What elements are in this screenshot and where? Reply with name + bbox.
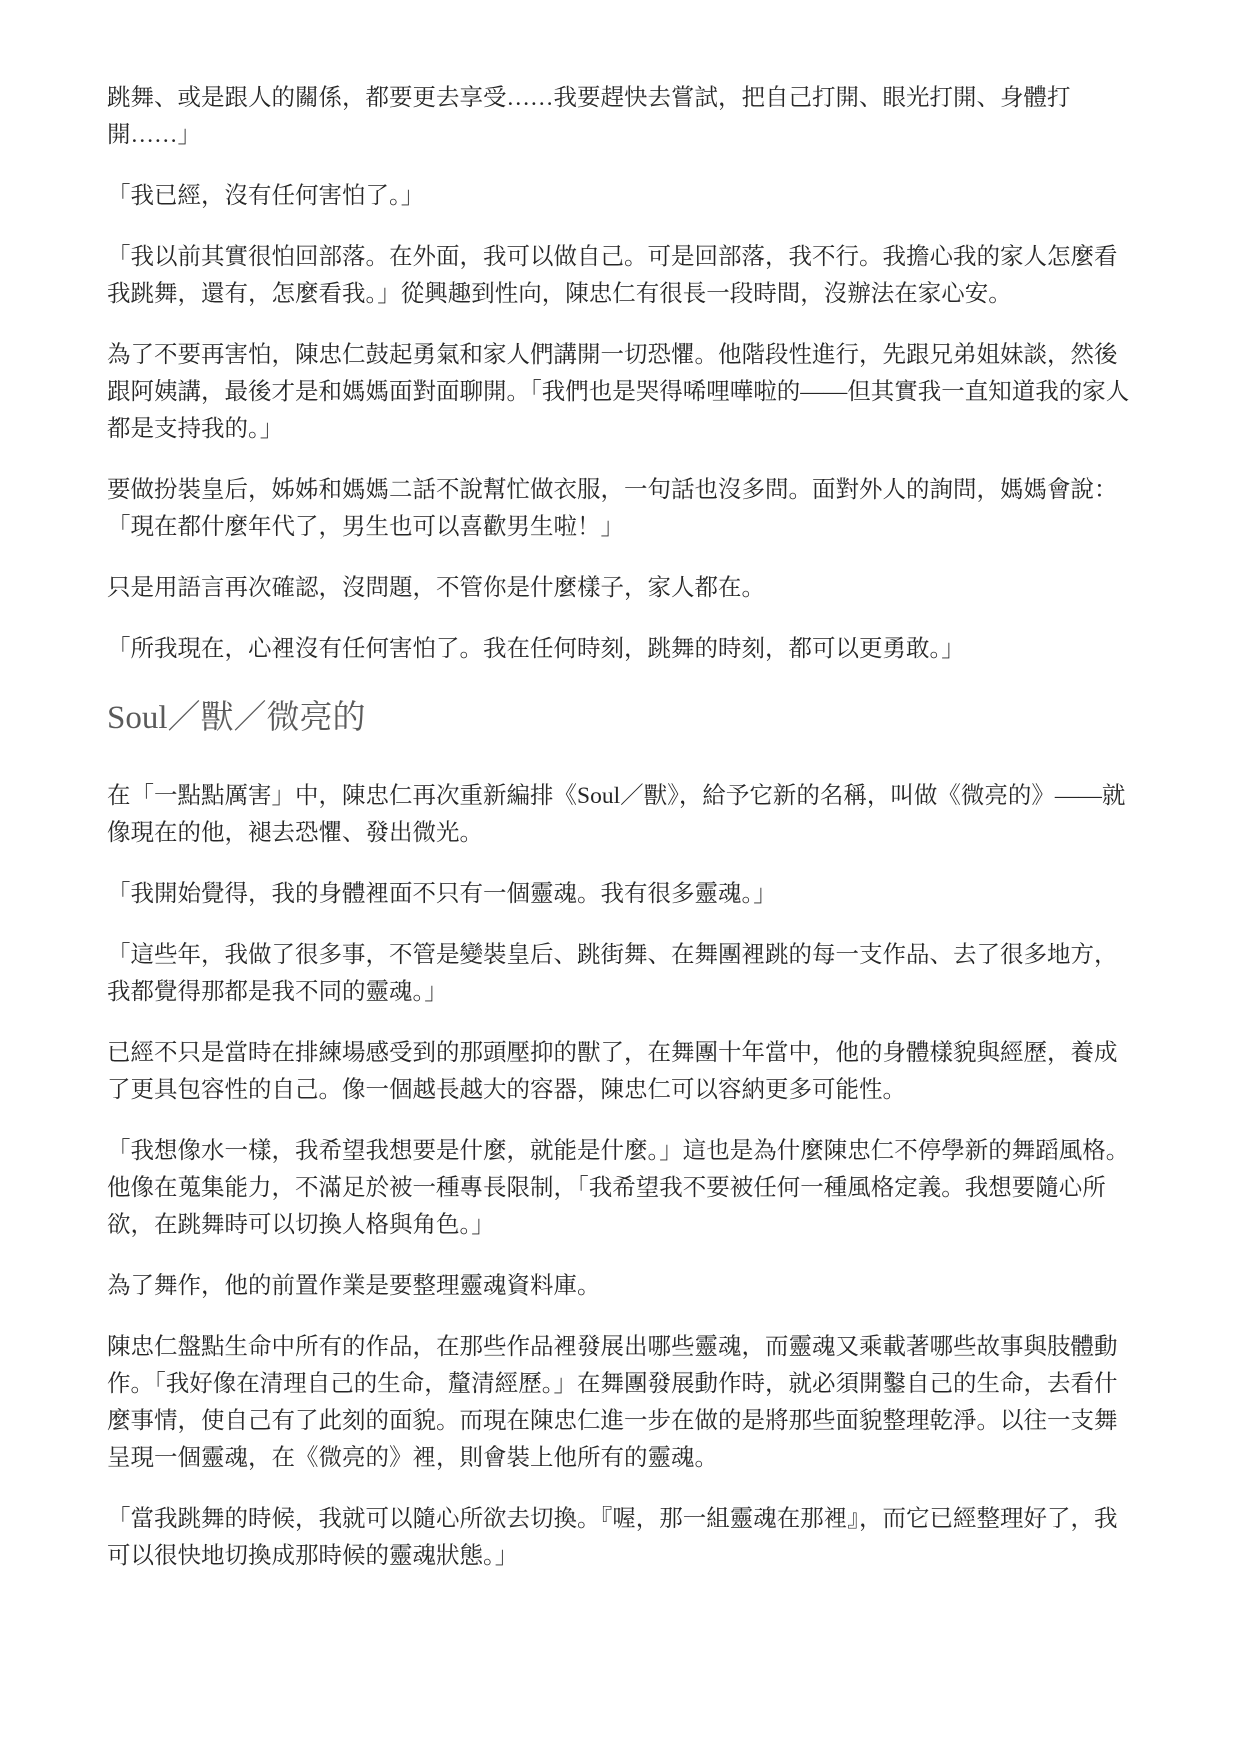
paragraph: 要做扮裝皇后，姊姊和媽媽二話不說幫忙做衣服，一句話也沒多問。面對外人的詢問，媽媽… <box>107 472 1134 546</box>
paragraph: 「我已經，沒有任何害怕了。」 <box>107 178 1134 215</box>
paragraph: 只是用語言再次確認，沒問題，不管你是什麼樣子，家人都在。 <box>107 570 1134 607</box>
paragraph: 陳忠仁盤點生命中所有的作品，在那些作品裡發展出哪些靈魂，而靈魂又乘載著哪些故事與… <box>107 1329 1134 1477</box>
paragraph: 「當我跳舞的時候，我就可以隨心所欲去切換。『喔，那一組靈魂在那裡』，而它已經整理… <box>107 1501 1134 1575</box>
paragraph: 「這些年，我做了很多事，不管是變裝皇后、跳街舞、在舞團裡跳的每一支作品、去了很多… <box>107 937 1134 1011</box>
paragraph: 「我開始覺得，我的身體裡面不只有一個靈魂。我有很多靈魂。」 <box>107 876 1134 913</box>
document-page: 跳舞、或是跟人的關係，都要更去享受……我要趕快去嘗試，把自己打開、眼光打開、身體… <box>0 0 1241 1754</box>
paragraph: 「我想像水一樣，我希望我想要是什麼，就能是什麼。」這也是為什麼陳忠仁不停學新的舞… <box>107 1133 1134 1244</box>
paragraph: 為了不要再害怕，陳忠仁鼓起勇氣和家人們講開一切恐懼。他階段性進行，先跟兄弟姐妹談… <box>107 337 1134 448</box>
paragraph: 「所我現在，心裡沒有任何害怕了。我在任何時刻，跳舞的時刻，都可以更勇敢。」 <box>107 631 1134 668</box>
paragraph: 為了舞作，他的前置作業是要整理靈魂資料庫。 <box>107 1268 1134 1305</box>
section-heading: Soul／獸／微亮的 <box>107 694 1134 742</box>
paragraph: 「我以前其實很怕回部落。在外面，我可以做自己。可是回部落，我不行。我擔心我的家人… <box>107 239 1134 313</box>
paragraph: 在「一點點厲害」中，陳忠仁再次重新編排《Soul／獸》，給予它新的名稱，叫做《微… <box>107 778 1134 852</box>
paragraph: 已經不只是當時在排練場感受到的那頭壓抑的獸了，在舞團十年當中，他的身體樣貌與經歷… <box>107 1035 1134 1109</box>
paragraph: 跳舞、或是跟人的關係，都要更去享受……我要趕快去嘗試，把自己打開、眼光打開、身體… <box>107 80 1134 154</box>
